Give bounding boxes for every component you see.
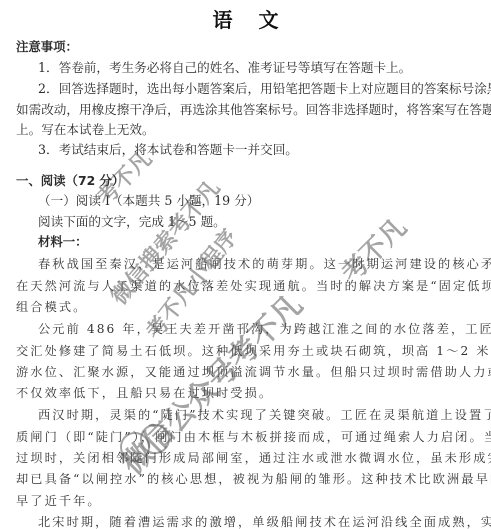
passage-line: 不仅效率低下，且船只易在过坝时受损。	[16, 386, 476, 400]
passage-line: 在天然河流与人工渠道的水位落差处实现通航。当时的解决方案是“固定低坝+拉纤”的	[16, 279, 476, 293]
notice-item: 上。写在本试卷上无效。	[16, 123, 476, 137]
passage-line: 西汉时期，灵渠的“陡门”技术实现了关键突破。工匠在灵渠航道上设置了 12 座木	[38, 408, 491, 422]
notice-item: 2．回答选择题时，选出每小题答案后，用铅笔把答题卡上对应题目的答案标号涂黑。	[38, 82, 491, 96]
passage-line: 春秋战国至秦汉，是运河船闸技术的萌芽期。这一时期运河建设的核心矛盾，是如何	[38, 257, 491, 271]
passage-line: 公元前 486 年，吴王夫差开凿邗沟，为跨越江淮之间的水位落差，工匠在运河与淮河	[38, 322, 491, 336]
passage-line: 早了近千年。	[16, 494, 476, 508]
passage-line: 游水位、汇聚水源，又能通过坝顶溢流调节水量。但船只过坝时需借助人力或畜力牵拉，	[16, 365, 476, 379]
passage-line: 过坝时，关闭相邻陡门形成局部闸室，通过注水或泄水微调水位，虽未形成完整闸室结构，	[16, 451, 476, 465]
exam-page: 语文 注意事项： 1．答卷前，考生务必将自己的姓名、准考证号等填写在答题卡上。 …	[0, 0, 491, 529]
page-title: 语文	[0, 4, 491, 33]
passage-line: 质闸门（即“陡门”），闸门由木框与木板拼接而成，可通过绳索人力启闭。当船只需要	[16, 430, 476, 444]
notice-item: 如需改动，用橡皮擦干净后，再选涂其他答案标号。回答非选择题时，将答案写在答题卡	[16, 103, 476, 117]
passage-line: 组合模式。	[16, 300, 476, 314]
instruction-text: 阅读下面的文字，完成 1～5 题。	[38, 215, 491, 229]
passage-line: 北宋时期，随着漕运需求的激增，单级船闸技术在运河沿线全面成熟，实现了从“被	[38, 515, 491, 529]
passage-line: 交汇处修建了简易土石低坝。这种低坝采用夯土或块石砌筑，坝高 1～2 米，既能抬高…	[16, 344, 476, 358]
notice-item: 3．考试结束后，将本试卷和答题卡一并交回。	[38, 143, 491, 157]
notice-heading: 注意事项：	[16, 40, 476, 54]
passage-line: 却已具备“以闸控水”的核心思想，被视为船闸的雏形。这种技术比欧洲最早的简易闸门	[16, 472, 476, 486]
material-label: 材料一：	[38, 235, 491, 249]
section-heading: 一、阅读（72 分）	[16, 174, 476, 188]
subsection-heading: （一）阅读 I（本题共 5 小题，19 分）	[38, 194, 491, 208]
notice-item: 1．答卷前，考生务必将自己的姓名、准考证号等填写在答题卡上。	[38, 61, 491, 75]
